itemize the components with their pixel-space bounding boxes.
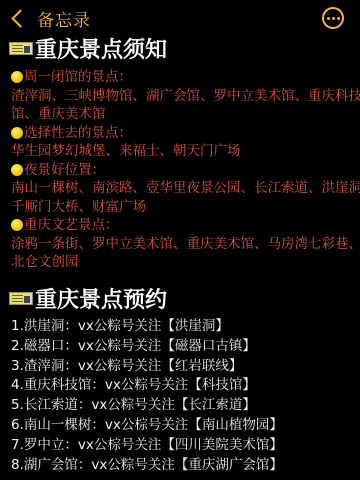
list-item: 2.磁器口：vx公粽号关注【磁器口古镇】 (11, 337, 356, 357)
group-heading-text: 周一闭馆的景点： (24, 68, 132, 87)
more-dot-icon (337, 17, 340, 20)
group-line: 渣滓洞、三峡博物馆、湖广会馆、罗中立美术馆、重庆科技 (11, 87, 356, 106)
section-heading-notice: 重庆景点须知 (9, 33, 167, 64)
group-line: 北仓文创园 (11, 253, 356, 272)
list-item: 6.南山一棵树：vx公棕号关注【南山植物园】 (11, 416, 356, 436)
yellow-circle-icon (11, 127, 23, 139)
more-button[interactable] (322, 7, 344, 29)
list-item: 8.湖广会馆：vx公粽号关注【重庆湖广会馆】 (11, 456, 356, 476)
group-line: 馆、重庆美术馆 (11, 105, 356, 124)
reservation-list: 1.洪崖洞：vx公粽号关注【洪崖洞】 2.磁器口：vx公粽号关注【磁器口古镇】 … (11, 317, 356, 475)
group-heading: 选择性去的景点： (11, 124, 356, 143)
chevron-left-icon (11, 9, 29, 27)
nav-bar: 备忘录 (0, 0, 360, 34)
list-item: 3.渣滓洞：vx公粽号关注【红岩联线】 (11, 357, 356, 377)
group-heading: 夜景好位置： (11, 161, 356, 180)
ticket-icon (9, 292, 33, 305)
group-line: 南山一棵树、南滨路、壹华里夜景公园、长江索道、洪崖洞、 (11, 179, 356, 198)
group-heading: 周一闭馆的景点： (11, 68, 356, 87)
list-item: 7.罗中立：vx公棕号关注【四川美院美术馆】 (11, 436, 356, 456)
ticket-icon (9, 42, 33, 55)
yellow-circle-icon (11, 71, 23, 83)
section-title: 重庆景点预约 (35, 283, 167, 314)
back-label: 备忘录 (37, 6, 91, 31)
group-line: 千厮门大桥、财富广场 (11, 198, 356, 217)
yellow-circle-icon (11, 219, 23, 231)
group-line: 华生园梦幻城堡、来福士、朝天门广场 (11, 142, 356, 161)
back-button[interactable]: 备忘录 (8, 6, 91, 30)
list-item: 5.长江索道：vx公粽号关注【长江索道】 (11, 396, 356, 416)
group-line: 涂鸦一条街、罗中立美术馆、重庆美术馆、马房湾七彩巷、 (11, 235, 356, 254)
notice-section: 周一闭馆的景点： 渣滓洞、三峡博物馆、湖广会馆、罗中立美术馆、重庆科技 馆、重庆… (11, 68, 356, 272)
group-heading-text: 重庆文艺景点： (24, 216, 119, 235)
list-item: 4.重庆科技馆：vx公粽号关注【科技馆】 (11, 376, 356, 396)
group-heading-text: 选择性去的景点： (24, 124, 132, 143)
more-dot-icon (332, 17, 335, 20)
section-title: 重庆景点须知 (35, 33, 167, 64)
section-heading-reservation: 重庆景点预约 (9, 283, 167, 314)
group-heading-text: 夜景好位置： (24, 161, 105, 180)
group-heading: 重庆文艺景点： (11, 216, 356, 235)
more-dot-icon (327, 17, 330, 20)
yellow-circle-icon (11, 164, 23, 176)
list-item: 1.洪崖洞：vx公粽号关注【洪崖洞】 (11, 317, 356, 337)
